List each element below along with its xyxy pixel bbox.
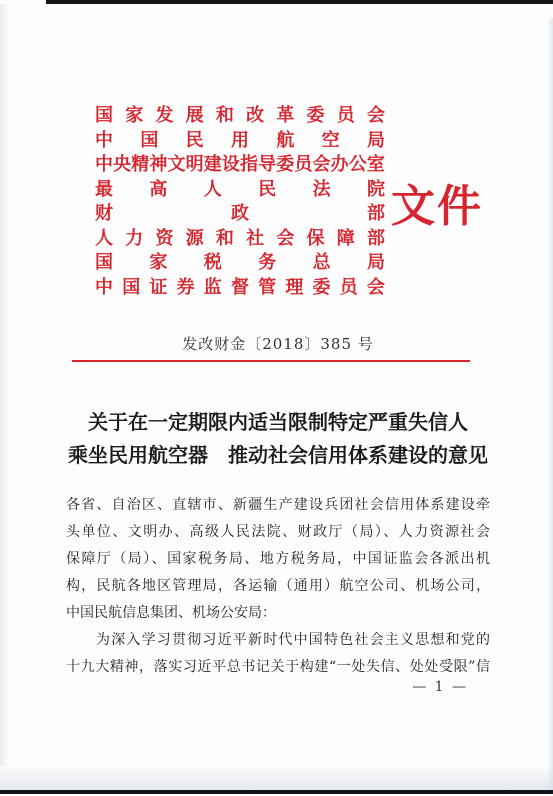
agency-name: 中国民用航空局 (95, 129, 385, 154)
document-title: 关于在一定期限内适当限制特定严重失信人 乘坐民用航空器 推动社会信用体系建设的意… (33, 406, 523, 472)
document-number: 发改财金〔2018〕385 号 (66, 333, 490, 354)
title-line-2: 乘坐民用航空器 推动社会信用体系建设的意见 (33, 439, 523, 472)
agency-name: 中央精神文明建设指导委员会办公室 (95, 153, 385, 178)
page-number: — 1 — (66, 679, 490, 695)
agency-name: 财政部 (95, 202, 385, 227)
scan-artifact-right-edge (547, 18, 553, 790)
agency-name: 最高人民法院 (95, 178, 385, 203)
body-line: 保障厅（局）、国家税务局、地方税务局，中国证监会各派出机 (66, 546, 490, 573)
file-label: 文件 (391, 170, 483, 234)
body-line: 中国民航信息集团、机场公安局： (66, 600, 490, 627)
document-body: 各省、自治区、直辖市、新疆生产建设兵团社会信用体系建设牵头单位、文明办、高级人民… (66, 492, 490, 681)
scan-artifact-left-edge (0, 4, 9, 766)
body-line: 构，民航各地区管理局，各运输（通用）航空公司、机场公司， (66, 573, 490, 600)
title-line-1: 关于在一定期限内适当限制特定严重失信人 (33, 406, 523, 439)
scan-artifact-bottom-shade (0, 764, 553, 790)
body-line: 各省、自治区、直辖市、新疆生产建设兵团社会信用体系建设牵 (66, 492, 490, 519)
body-line: 头单位、文明办、高级人民法院、财政厅（局）、人力资源社会 (66, 519, 490, 546)
agency-name: 国家发展和改革委员会 (95, 104, 385, 129)
agency-list: 国家发展和改革委员会中国民用航空局中央精神文明建设指导委员会办公室最高人民法院财… (95, 104, 385, 300)
letterhead: 国家发展和改革委员会中国民用航空局中央精神文明建设指导委员会办公室最高人民法院财… (95, 104, 483, 300)
scan-artifact-bottom-edge (0, 790, 553, 794)
scan-artifact-top-edge (46, 0, 553, 4)
scanned-document-page: 国家发展和改革委员会中国民用航空局中央精神文明建设指导委员会办公室最高人民法院财… (0, 0, 553, 796)
body-line: 为深入学习贯彻习近平新时代中国特色社会主义思想和党的 (66, 627, 490, 654)
body-line: 十九大精神，落实习近平总书记关于构建“一处失信、处处受限”信 (66, 654, 490, 681)
agency-name: 中国证券监督管理委员会 (95, 276, 385, 301)
agency-name: 人力资源和社会保障部 (95, 227, 385, 252)
agency-name: 国家税务总局 (95, 251, 385, 276)
red-divider-line (72, 360, 470, 362)
